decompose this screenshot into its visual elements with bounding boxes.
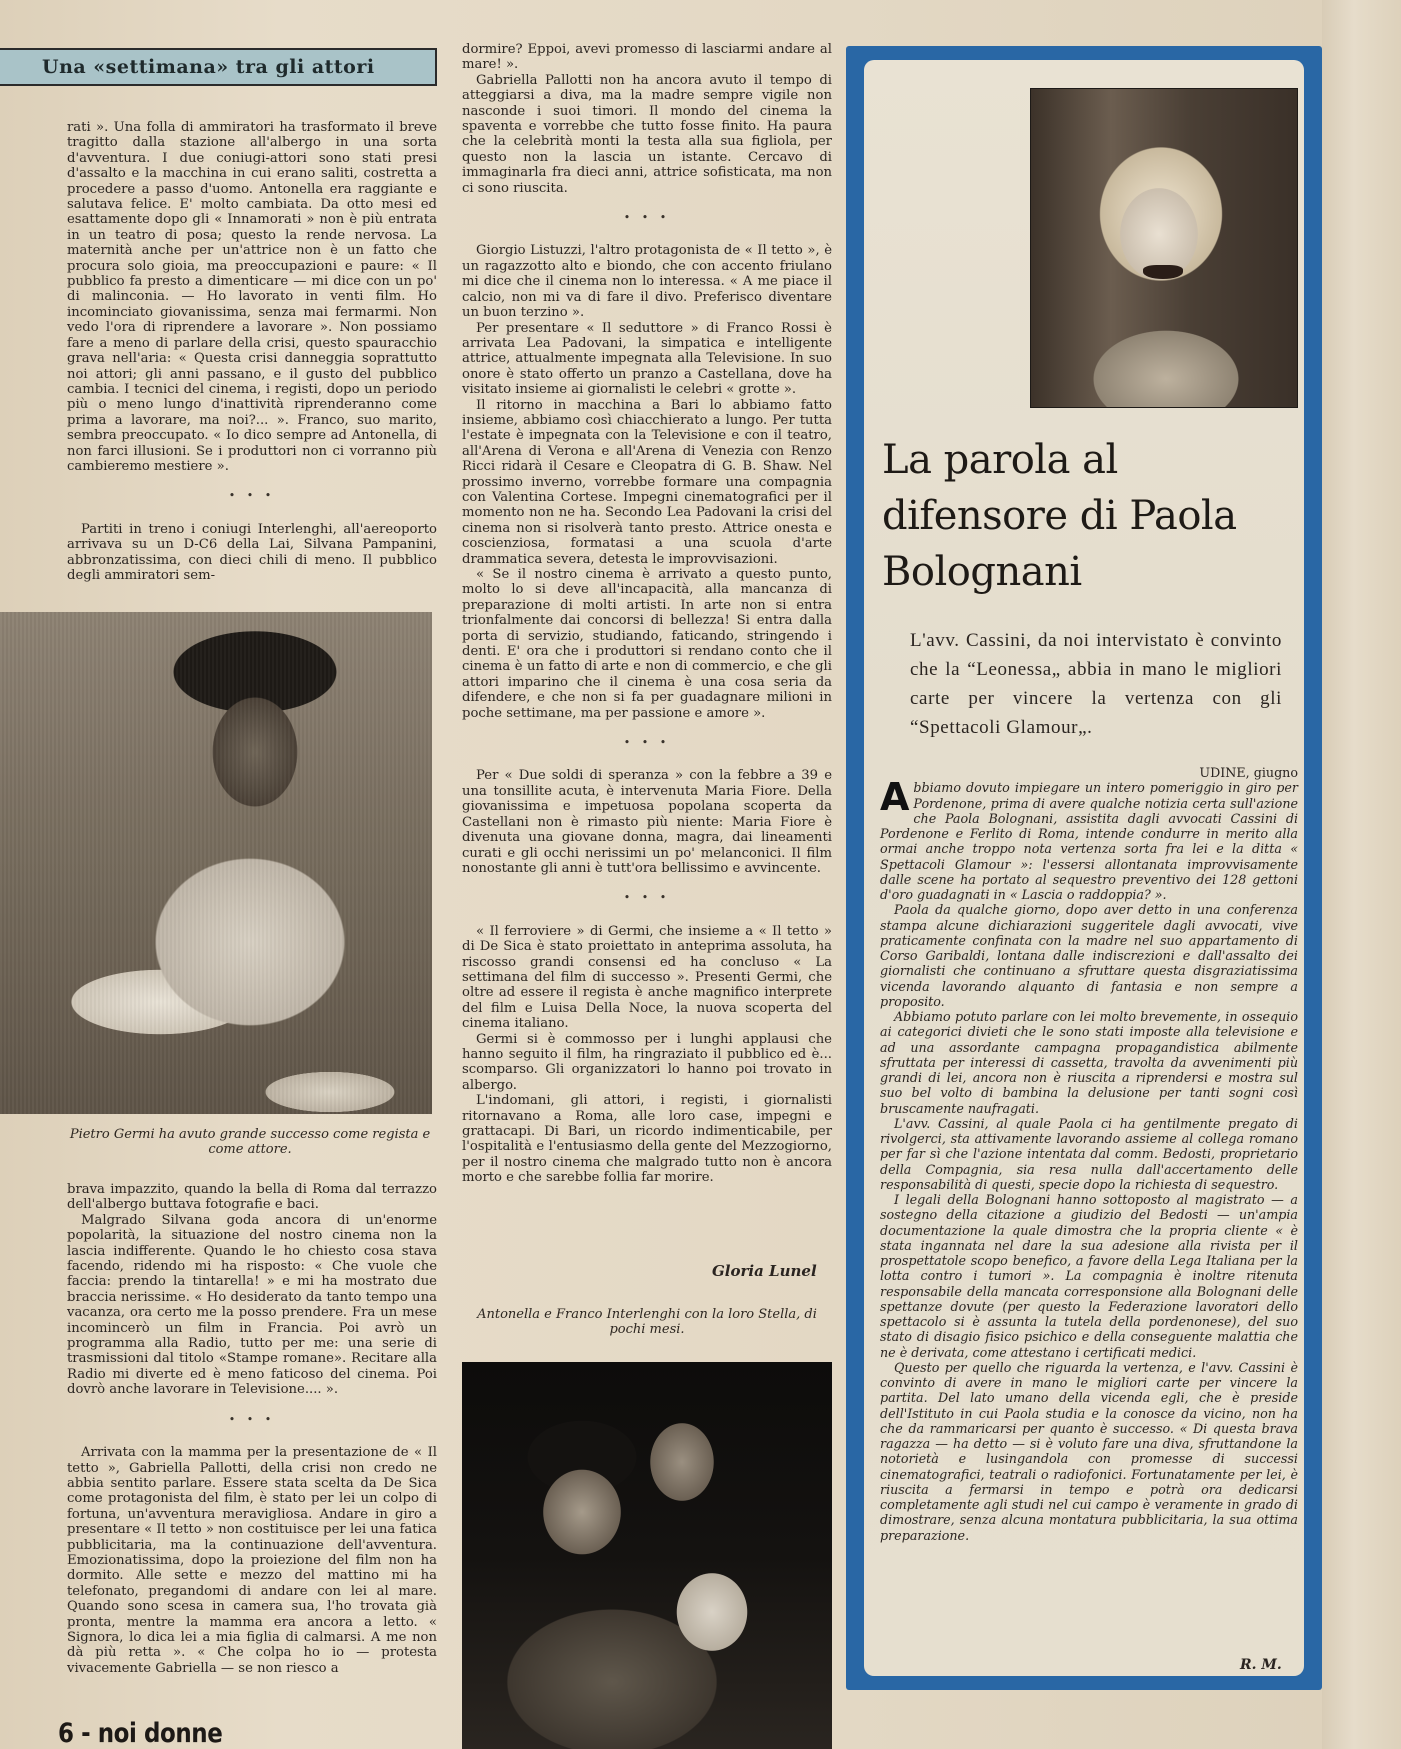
section-separator: • • • <box>462 210 832 225</box>
article-paragraph: Arrivata con la mamma per la presentazio… <box>67 1445 437 1676</box>
left-column-bottom: brava impazzito, quando la bella di Roma… <box>67 1182 437 1676</box>
left-column-top: rati ». Una folla di ammiratori ha trasf… <box>67 120 437 583</box>
article-paragraph: Per presentare « Il seduttore » di Franc… <box>462 321 832 398</box>
photo-caption-interlenghi: Antonella e Franco Interlenghi con la lo… <box>462 1307 832 1337</box>
article-paragraph: Per « Due soldi di speranza » con la feb… <box>462 768 832 876</box>
photo-paola-bolognani <box>1030 88 1298 408</box>
drop-cap: A <box>880 782 909 812</box>
page-footer: 6 - noi donne <box>58 1718 222 1749</box>
sidebar-article: UDINE, giugno Abbiamo dovuto impiegare u… <box>880 765 1298 1543</box>
section-title: Una «settimana» tra gli attori <box>42 56 375 78</box>
section-separator: • • • <box>462 735 832 750</box>
article-paragraph: Malgrado Silvana goda ancora di un'enorm… <box>67 1213 437 1398</box>
article-paragraph: I legali della Bolognani hanno sottopost… <box>880 1192 1298 1360</box>
article-paragraph: Questo per quello che riguarda la verten… <box>880 1360 1298 1543</box>
article-paragraph: Abbiamo dovuto impiegare un intero pomer… <box>880 780 1298 902</box>
section-header: Una «settimana» tra gli attori <box>0 48 437 86</box>
article-paragraph: « Il ferroviere » di Germi, che insieme … <box>462 924 832 1032</box>
article-paragraph: Gabriella Pallotti non ha ancora avuto i… <box>462 73 832 196</box>
article-paragraph: Abbiamo potuto parlare con lei molto bre… <box>880 1009 1298 1116</box>
section-separator: • • • <box>67 488 437 503</box>
article-paragraph: Il ritorno in macchina a Bari lo abbiamo… <box>462 398 832 567</box>
sidebar-headline: La parola al difensore di Paola Bolognan… <box>882 432 1282 600</box>
section-separator: • • • <box>67 1412 437 1427</box>
article-paragraph: Giorgio Listuzzi, l'altro protagonista d… <box>462 243 832 320</box>
section-separator: • • • <box>462 890 832 905</box>
article-paragraph: L'avv. Cassini, al quale Paola ci ha gen… <box>880 1116 1298 1192</box>
article-paragraph: Paola da qualche giorno, dopo aver detto… <box>880 902 1298 1009</box>
article-paragraph: Germi si è commosso per i lunghi applaus… <box>462 1032 832 1094</box>
photo-interlenghi-family <box>462 1362 832 1749</box>
photo-pietro-germi <box>0 612 432 1114</box>
middle-column: dormire? Eppoi, avevi promesso di lascia… <box>462 42 832 1186</box>
portrait-detail <box>1143 265 1183 279</box>
photo-caption-germi: Pietro Germi ha avuto grande successo co… <box>62 1127 438 1157</box>
article-paragraph: « Se il nostro cinema è arrivato a quest… <box>462 567 832 721</box>
sidebar-standfirst: L'avv. Cassini, da noi intervistato è co… <box>910 626 1282 742</box>
page-edge <box>1322 0 1401 1749</box>
article-paragraph: L'indomani, gli attori, i registi, i gio… <box>462 1093 832 1185</box>
article-paragraph: brava impazzito, quando la bella di Roma… <box>67 1182 437 1213</box>
author-signature: Gloria Lunel <box>712 1262 817 1280</box>
dateline: UDINE, giugno <box>880 765 1298 780</box>
article-paragraph: Partiti in treno i coniugi Interlenghi, … <box>67 522 437 584</box>
article-paragraph: dormire? Eppoi, avevi promesso di lascia… <box>462 42 832 73</box>
article-paragraph: rati ». Una folla di ammiratori ha trasf… <box>67 120 437 474</box>
sidebar-signature: R. M. <box>1240 1657 1282 1673</box>
